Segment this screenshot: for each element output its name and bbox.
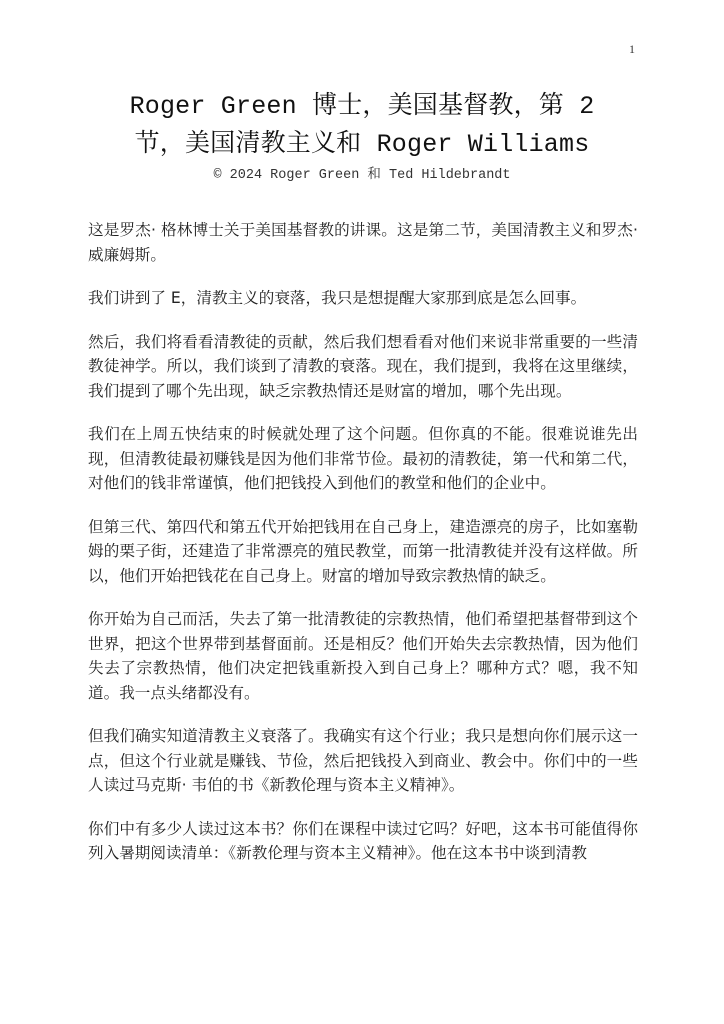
copyright-notice: © 2024 Roger Green 和 Ted Hildebrandt [0, 167, 724, 185]
title-line-1: Roger Green 博士，美国基督教，第 2 [130, 92, 595, 121]
paragraph: 我们讲到了 E，清教主义的衰落，我只是想提醒大家那到底是怎么回事。 [88, 286, 638, 311]
paragraph: 但第三代、第四代和第五代开始把钱用在自己身上，建造漂亮的房子，比如塞勒姆的栗子街… [88, 515, 638, 589]
paragraph: 这是罗杰· 格林博士关于美国基督教的讲课。这是第二节，美国清教主义和罗杰· 威廉… [88, 218, 638, 267]
paragraph: 我们在上周五快结束的时候就处理了这个问题。但你真的不能。很难说谁先出现，但清教徒… [88, 422, 638, 496]
paragraph: 但我们确实知道清教主义衰落了。我确实有这个行业；我只是想向你们展示这一点，但这个… [88, 724, 638, 798]
page-number: 1 [629, 42, 635, 57]
document-header: Roger Green 博士，美国基督教，第 2 节，美国清教主义和 Roger… [0, 88, 724, 185]
title-line-2: 节，美国清教主义和 Roger Williams [135, 130, 590, 159]
document-title: Roger Green 博士，美国基督教，第 2 节，美国清教主义和 Roger… [0, 88, 724, 164]
document-body: 这是罗杰· 格林博士关于美国基督教的讲课。这是第二节，美国清教主义和罗杰· 威廉… [88, 218, 638, 885]
paragraph: 你开始为自己而活，失去了第一批清教徒的宗教热情，他们希望把基督带到这个世界，把这… [88, 607, 638, 705]
paragraph: 然后，我们将看看清教徒的贡献，然后我们想看看对他们来说非常重要的一些清教徒神学。… [88, 330, 638, 404]
paragraph: 你们中有多少人读过这本书？你们在课程中读过它吗？好吧，这本书可能值得你列入暑期阅… [88, 817, 638, 866]
